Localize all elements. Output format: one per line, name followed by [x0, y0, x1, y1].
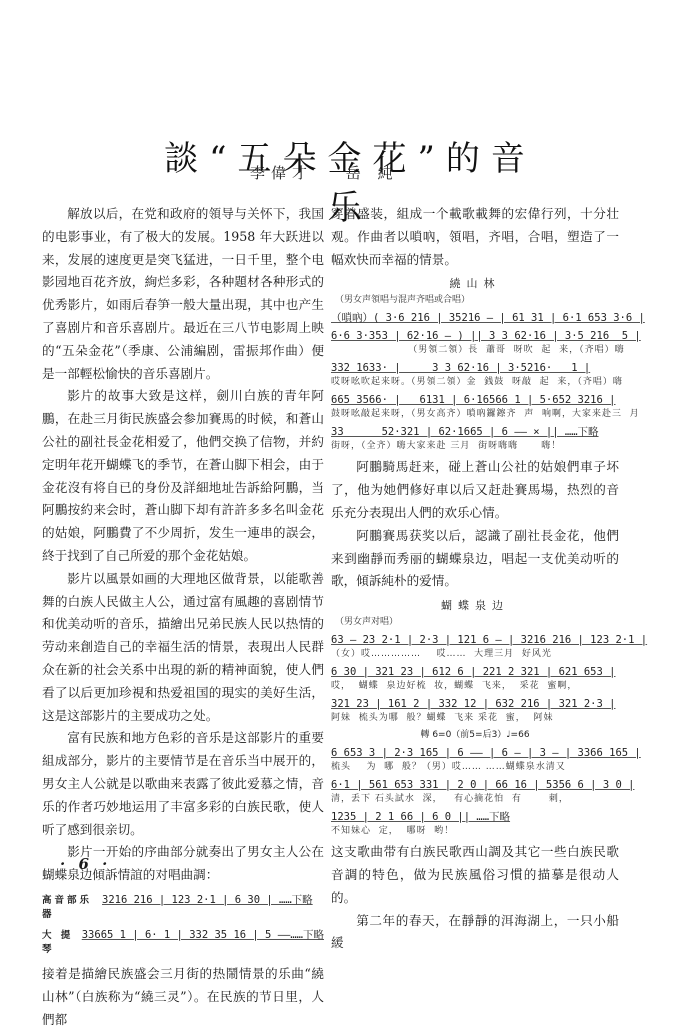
paragraph: 第二年的春天，在靜靜的洱海湖上，一只小船緩: [331, 910, 619, 956]
paragraph: 影片以風景如画的大理地区做背景，以能歌善舞的白族人民做主人公，通过富有風趣的喜剧…: [42, 568, 324, 728]
page-number: · 6 ·: [60, 855, 111, 873]
score-row: 大 提 琴 33665 1 | 6· 1 | 332 35 16 | 5 ——……: [42, 928, 324, 957]
lyrics: 清，丢下 石头試水 深， 有心摘花怕 有 刺，: [331, 792, 619, 806]
score-butterfly-spring: 蝴蝶泉边 （男女声对唱） 63 — 23 2·1 | 2·3 | 121 6 —…: [331, 599, 619, 838]
paragraph: 解放以后，在党和政府的領导与关怀下，我国的电影事业，有了极大的发展。1958 年…: [42, 203, 324, 385]
notation: 6 653 3 | 2·3 165 | 6 —— | 6 — | 3 — | 3…: [331, 746, 619, 760]
lyrics: 梳头 为 哪 般？（男）哎…… ……蝴蝶泉水清又: [331, 760, 619, 774]
lyrics: 哎， 蝴蝶 泉边好梳 妆，蝴蝶 飞来， 采花 蜜啊，: [331, 679, 619, 693]
paragraph: 阿鵬騎馬赶来，碰上蒼山公社的姑娘們車子坏了，他为她們修好車以后又赶赴賽馬場，热烈…: [331, 456, 619, 524]
paragraph: 阿鵬賽馬获奖以后，認識了副社長金花，他們来到幽靜而秀丽的蝴蝶泉边，唱起一支优美动…: [331, 525, 619, 593]
lyrics: 哎呀吆吹起来呀。（男領二領）金 銭鼓 呀敲 起 来，（齐唱）嗨: [331, 375, 619, 389]
score-rao-shan-lin: 繞山林 （男女声領唱与混声齐唱或合唱） （嗩吶）( 3·6 216 | 3521…: [331, 277, 619, 453]
byline: 李偉才 岳 純: [250, 162, 470, 183]
instrument-label: 高音部乐器: [42, 894, 102, 922]
notation: 1235 | 2 1 66 | 6 0 || ……下略: [331, 810, 619, 824]
score-title: 蝴蝶泉边: [331, 599, 619, 613]
notation: 665 3566· | 6131 | 6·16566 1 | 5·652 321…: [331, 393, 619, 407]
notation: 332 1633· | 3 3 62·16 | 3·5216· 1 |: [331, 361, 619, 375]
notation: （嗩吶）( 3·6 216 | 35216 — | 61 31 | 6·1 65…: [331, 311, 619, 325]
left-column: 解放以后，在党和政府的領导与关怀下，我国的电影事业，有了极大的发展。1958 年…: [42, 203, 324, 1031]
paragraph: 影片的故事大致是这样，劍川白族的青年阿鵬，在赴三月街民族盛会参加賽馬的时候，和蒼…: [42, 385, 324, 567]
notation: 6·1 | 561 653 331 | 2 0 | 66 16 | 5356 6…: [331, 778, 619, 792]
lyrics: 鼓呀吆敲起来呀，（男女高齐）嗩吶鑼鑔齐 声 响啊，大家来赴三 月: [331, 407, 619, 421]
lyrics: （男領二領）長 蕭哥 呀吹 起 来，（齐唱）嗨: [331, 343, 619, 357]
paragraph: 接着是描繪民族盛会三月街的热鬧情景的乐曲“繞山林”（白族称为“繞三灵”）。在民族…: [42, 963, 324, 1031]
lyrics: 街呀，（全齐）嗨大家来赴 三月 街呀嗨嗨 嗨！: [331, 439, 619, 453]
score-row: 高音部乐器 3216 216 | 123 2·1 | 6 30 | ……下略: [42, 893, 324, 922]
lyrics: 不知妹心 定， 哪呀 哟！: [331, 824, 619, 838]
paragraph: 富有民族和地方色彩的音乐是这部影片的重要組成部分，影片的主要情节是在音乐当中展开…: [42, 727, 324, 841]
lyrics: （女）哎…………… 哎…… 大理三月 好风光: [331, 647, 619, 661]
paragraph: 穿着盛装，組成一个載歌載舞的宏偉行列，十分壮观。作曲者以嗩吶，領唱，齐唱，合唱，…: [331, 203, 619, 271]
notation: 6·6 3·353 | 62·16 — ) || 3 3 62·16 | 3·5…: [331, 329, 619, 343]
paragraph: 这支歌曲带有白族民歌西山調及其它一些白族民歌音調的特色，做为民族風俗习慣的描摹是…: [331, 841, 619, 909]
lyrics: 阿妹 梳头为哪 般？蝴蝶 飞来 采花 蜜， 阿妹: [331, 711, 619, 725]
notation: 6 30 | 321 23 | 612 6 | 221 2 321 | 621 …: [331, 665, 619, 679]
notation: 3216 216 | 123 2·1 | 6 30 | ……下略: [102, 893, 313, 907]
notation: 33 52·321 | 62·1665 | 6 —— × || ……下略: [331, 425, 619, 439]
score-performance-note: （男女声領唱与混声齐唱或合唱）: [335, 293, 619, 307]
notation: 33665 1 | 6· 1 | 332 35 16 | 5 ——……下略: [82, 928, 324, 942]
notation: 63 — 23 2·1 | 2·3 | 121 6 — | 3216 216 |…: [331, 633, 619, 647]
overture-score: 高音部乐器 3216 216 | 123 2·1 | 6 30 | ……下略 大…: [42, 893, 324, 957]
right-column: 穿着盛装，組成一个載歌載舞的宏偉行列，十分壮观。作曲者以嗩吶，領唱，齐唱，合唱，…: [331, 203, 619, 955]
score-title: 繞山林: [331, 277, 619, 291]
instrument-label: 大 提 琴: [42, 929, 82, 957]
score-performance-note: （男女声对唱）: [335, 615, 619, 629]
author-name: 岳 純: [346, 164, 399, 182]
key-tempo-marking: 轉 6=0（前5=后3）♩=66: [331, 728, 619, 742]
author-name: 李偉才: [250, 164, 313, 182]
notation: 321 23 | 161 2 | 332 12 | 632 216 | 321 …: [331, 697, 619, 711]
